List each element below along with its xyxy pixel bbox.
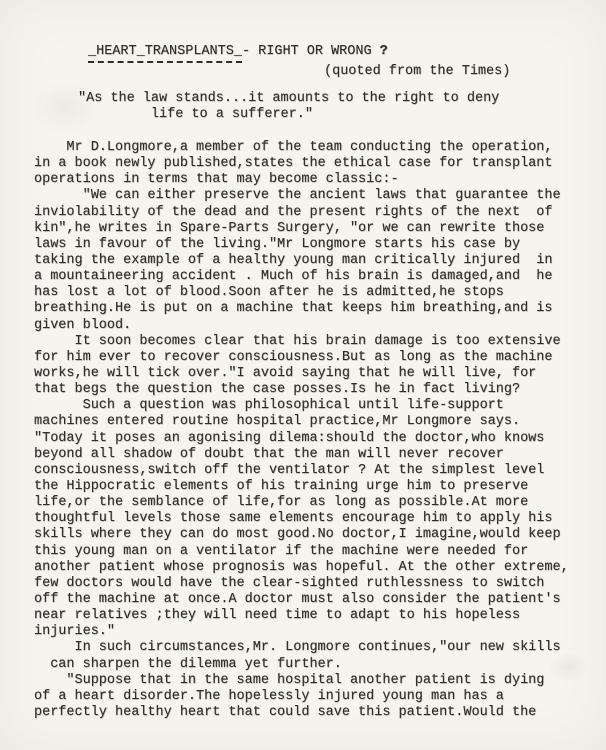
text-line: kin",he writes in Spare-Parts Surgery, "… xyxy=(34,221,569,237)
text-line: machines entered routine hospital practi… xyxy=(34,414,569,430)
text-line: Such a question was philosophical until … xyxy=(34,398,569,414)
document-title: _HEART_TRANSPLANTS_- RIGHT OR WRONG ? xyxy=(88,44,388,59)
attribution-line: (quoted from the Times) xyxy=(324,64,510,79)
text-line: few doctors would have the clear-sighted… xyxy=(34,576,569,592)
body-text: Mr D.Longmore,a member of the team condu… xyxy=(34,140,569,721)
text-line: in a book newly published,states the eth… xyxy=(34,156,569,172)
text-line: perfectly healthy heart that could save … xyxy=(34,705,569,721)
text-line: for him ever to recover consciousness.Bu… xyxy=(34,350,569,366)
epigraph-quote: "As the law stands...it amounts to the r… xyxy=(78,91,499,123)
text-line: a mountaineering accident . Much of his … xyxy=(34,269,569,285)
text-line: In such circumstances,Mr. Longmore conti… xyxy=(34,640,569,656)
text-line: given blood. xyxy=(34,318,569,334)
text-line: skills where they can do most good.No do… xyxy=(34,527,569,543)
text-line: laws in favour of the living."Mr Longmor… xyxy=(34,237,569,253)
text-line: operations in terms that may become clas… xyxy=(34,172,569,188)
title-question-mark: ? xyxy=(380,44,388,59)
text-line: Mr D.Longmore,a member of the team condu… xyxy=(34,140,569,156)
text-line: of a heart disorder.The hopelessly injur… xyxy=(34,689,569,705)
text-line: taking the example of a healthy young ma… xyxy=(34,253,569,269)
text-line: works,he will tick over."I avoid saying … xyxy=(34,366,569,382)
text-line: off the machine at once.A doctor must al… xyxy=(34,592,569,608)
text-line: near relatives ;they will need time to a… xyxy=(34,608,569,624)
text-line: can sharpen the dilemma yet further. xyxy=(34,657,569,673)
title-underlined-part: _HEART_TRANSPLANTS_ xyxy=(88,44,242,63)
text-line: life to a sufferer." xyxy=(78,107,499,123)
text-line: life,or the semblance of life,for as lon… xyxy=(34,495,569,511)
text-line: inviolability of the dead and the presen… xyxy=(34,205,569,221)
text-line: thoughtful levels those same elements en… xyxy=(34,511,569,527)
text-line: that begs the question the case posses.I… xyxy=(34,382,569,398)
text-line: injuries." xyxy=(34,624,569,640)
text-line: "Today it poses an agonising dilema:shou… xyxy=(34,431,569,447)
text-line: has lost a lot of blood.Soon after he is… xyxy=(34,285,569,301)
text-line: "We can either preserve the ancient laws… xyxy=(34,188,569,204)
text-line: the Hippocratic elements of his training… xyxy=(34,479,569,495)
text-line: It soon becomes clear that his brain dam… xyxy=(34,334,569,350)
text-line: "As the law stands...it amounts to the r… xyxy=(78,91,499,107)
text-line: consciousness,switch off the ventilator … xyxy=(34,463,569,479)
text-line: "Suppose that in the same hospital anoth… xyxy=(34,673,569,689)
text-line: this young man on a ventilator if the ma… xyxy=(34,544,569,560)
document-page: _HEART_TRANSPLANTS_- RIGHT OR WRONG ? (q… xyxy=(0,0,606,750)
text-line: breathing.He is put on a machine that ke… xyxy=(34,301,569,317)
text-line: another patient whose prognosis was hope… xyxy=(34,560,569,576)
title-rest: - RIGHT OR WRONG xyxy=(242,44,380,59)
text-line: beyond all shadow of doubt that the man … xyxy=(34,447,569,463)
